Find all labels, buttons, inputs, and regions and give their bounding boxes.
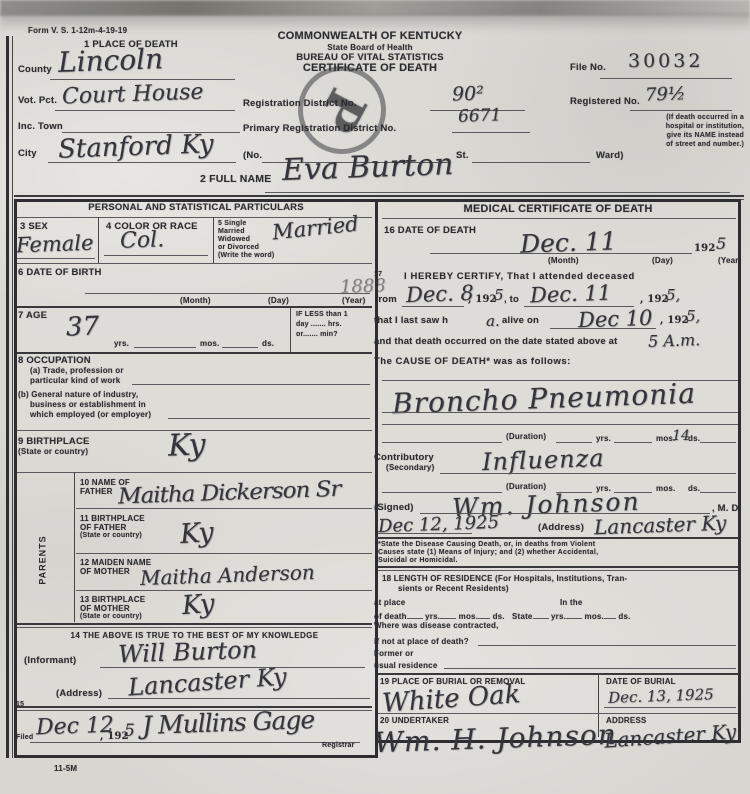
- mother-name-line: [76, 590, 372, 591]
- age-bottom-rule: [17, 352, 372, 354]
- contributory-line: [440, 473, 736, 474]
- last-saw-hw-mark: a.: [486, 312, 500, 330]
- duration1-line-c: [614, 442, 652, 443]
- birthplace-value: Ky: [167, 427, 206, 463]
- precinct-value: Court House: [62, 80, 204, 110]
- inc-town-label: Inc. Town: [18, 121, 63, 132]
- full-name-label: 2 FULL NAME: [200, 173, 271, 185]
- age-value: 37: [65, 311, 99, 342]
- st-label: St.: [456, 150, 469, 161]
- contributory-value: Influenza: [482, 444, 605, 476]
- filed-line: [30, 742, 360, 743]
- file-no-line: [600, 78, 732, 79]
- age-label: 7 AGE: [18, 310, 47, 321]
- residence-top-rule2: [378, 570, 738, 571]
- hospital-note-2: hospital or institution,: [588, 123, 744, 130]
- mother-bp-value: Ky: [181, 589, 215, 621]
- duration-label-1: (Duration): [506, 432, 546, 441]
- full-name-value: Eva Burton: [281, 147, 454, 188]
- burial-row-rule: [378, 713, 738, 714]
- dod-year-print: 192: [694, 243, 715, 254]
- dod-year-label: (Year): [718, 256, 741, 265]
- race-line: [104, 255, 208, 256]
- duration1-line-a: [382, 442, 502, 443]
- occupation-b3: which employed (or employer): [30, 410, 151, 419]
- duration1-line-b: [556, 442, 592, 443]
- age-yrs-label: yrs.: [114, 339, 129, 348]
- registrar-signature: J Mullins Gage: [142, 705, 315, 740]
- if-less-2: day ....... hrs.: [296, 321, 342, 328]
- sex-value: Female: [16, 231, 94, 258]
- residence-mos-b: mos.: [585, 612, 604, 621]
- occupation-b2: business or establishment in: [30, 400, 146, 409]
- last-saw-year-hw: 5,: [686, 307, 700, 325]
- city-line: [48, 162, 236, 163]
- medical-title-rule: [382, 218, 736, 219]
- mother-bp-sub-label: (State or country): [80, 613, 142, 620]
- father-bp-line: [76, 553, 372, 554]
- dob-label: 6 DATE OF BIRTH: [18, 267, 102, 278]
- file-no-label: File No.: [570, 62, 606, 73]
- marital-opt-5: (Write the word): [218, 252, 274, 259]
- marital-opt-2: Married: [218, 228, 245, 235]
- residence-top-rule: [378, 566, 738, 568]
- certify-from-year-print: , 192: [468, 294, 497, 305]
- sex-race-divider: [98, 217, 99, 263]
- dod-line: [430, 253, 692, 254]
- no-label: (No.: [243, 150, 262, 161]
- informant-bottom-rule: [17, 706, 372, 708]
- last-saw-year-print: , 192: [660, 315, 689, 326]
- last-saw-label: that I last saw h: [374, 315, 448, 326]
- occupation-a2: particular kind of work: [30, 376, 120, 385]
- st-line: [472, 162, 590, 163]
- certify-to-label: , to: [504, 294, 519, 305]
- footnote-1: *State the Disease Causing Death, or, in…: [378, 541, 595, 548]
- sex-row-bottom-rule: [17, 263, 372, 264]
- last-saw-line: [550, 328, 656, 329]
- filed-no: 15: [16, 701, 24, 708]
- certify-from-label: from: [375, 294, 397, 305]
- residence-state: State: [512, 612, 533, 621]
- mother-name-label-2: OF MOTHER: [80, 567, 130, 576]
- burial-date-value: Dec. 13, 1925: [608, 685, 714, 707]
- father-bp-value: Ky: [179, 517, 215, 550]
- masthead-commonwealth: COMMONWEALTH OF KENTUCKY: [250, 30, 490, 42]
- residence-ds-a: ds.: [493, 612, 505, 621]
- certify-from-date: Dec. 8: [406, 281, 475, 307]
- footnote-top-rule: [375, 537, 738, 539]
- filed-year-hw: 5: [124, 721, 135, 741]
- signed-address-label: (Address): [538, 522, 584, 533]
- reg-district-value: 90²: [452, 82, 485, 105]
- father-bp-label-2: OF FATHER: [80, 523, 127, 532]
- residence-if-not-line: [478, 645, 736, 646]
- father-bp-sub-label: (State or country): [80, 532, 142, 539]
- occupation-a-line: [132, 384, 370, 385]
- age-cell-divider: [290, 306, 291, 352]
- certify-no: 17: [374, 271, 382, 278]
- residence-former: Former or: [374, 649, 414, 658]
- masthead-board: State Board of Health: [250, 43, 490, 52]
- certify-to-date: Dec. 11: [530, 281, 612, 308]
- residence-ds-b: ds.: [618, 612, 630, 621]
- birthplace-label: 9 BIRTHPLACE: [18, 436, 90, 447]
- duration1-line-d: [700, 442, 736, 443]
- parents-bottom-rule: [17, 623, 372, 625]
- residence-yrs-a: yrs.: [425, 612, 440, 621]
- medical-title: MEDICAL CERTIFICATE OF DEATH: [381, 203, 735, 215]
- occupation-b1: (b) General nature of industry,: [18, 390, 138, 399]
- informant-value: Will Burton: [118, 636, 258, 669]
- residence-title-1: 18 LENGTH OF RESIDENCE (For Hospitals, I…: [382, 574, 627, 583]
- dob-month-label: (Month): [180, 296, 211, 305]
- city-value: Stanford Ky: [58, 129, 215, 164]
- county-label: County: [18, 64, 52, 75]
- father-name-line: [76, 508, 372, 509]
- primary-district-line: [452, 132, 530, 133]
- table-top-rule: [14, 195, 744, 197]
- hospital-note-3: give its NAME instead: [588, 132, 744, 139]
- primary-district-value: 6671: [458, 105, 502, 126]
- cause-rule-2: [382, 412, 738, 413]
- residence-if-not: if not at place of death?: [374, 637, 469, 646]
- burial-date-label: DATE OF BURIAL: [606, 677, 676, 686]
- registrar-label: Registrar: [322, 742, 355, 749]
- hospital-note-4: of street and number.): [588, 141, 744, 148]
- certify-to-year-print: , 192: [640, 294, 669, 305]
- occupation-a1: (a) Trade, profession or: [30, 366, 124, 375]
- if-less-3: or....... min?: [296, 331, 338, 338]
- residence-usual: usual residence: [374, 661, 437, 670]
- filed-label: Filed: [16, 734, 33, 741]
- duration-mos-2: mos.: [656, 484, 675, 493]
- masthead-title: CERTIFICATE OF DEATH: [250, 62, 490, 74]
- father-name-label-2: FATHER: [80, 487, 113, 496]
- parents-divider: [74, 472, 75, 622]
- registered-no-label: Registered No.: [570, 96, 640, 107]
- marital-opt-3: Widowed: [218, 236, 250, 243]
- registered-no-value: 79½: [645, 83, 686, 105]
- duration-yrs-1: yrs.: [596, 434, 611, 443]
- informant-address-label: (Address): [56, 688, 102, 699]
- dod-day-label: (Day): [652, 256, 673, 265]
- precinct-label: Vot. Pct.: [18, 95, 57, 106]
- precinct-line: [55, 110, 235, 111]
- dob-line: [85, 293, 370, 294]
- signed-label: (Signed): [374, 502, 414, 513]
- hospital-note-1: (If death occurred in a: [588, 114, 744, 121]
- death-certificate-scan: Form V. S. 1-12m-4-19-19 1 PLACE OF DEAT…: [0, 0, 750, 794]
- sex-line: [17, 258, 95, 259]
- marital-opt-1: 5 Single: [218, 220, 246, 227]
- if-less-1: IF LESS than 1: [296, 311, 348, 318]
- duration-ds-2: ds.: [688, 484, 700, 493]
- ward-label: Ward): [596, 150, 624, 161]
- race-value: Col.: [120, 227, 165, 254]
- birthplace-bottom-rule: [17, 472, 372, 473]
- residence-of-death: of death: [374, 612, 407, 621]
- father-bp-label-1: 11 BIRTHPLACE: [80, 514, 145, 523]
- residence-title-2: sients or Recent Residents): [398, 584, 509, 593]
- residence-mos-a: mos.: [459, 612, 478, 621]
- occupation-b-line: [168, 418, 370, 419]
- undertaker-signature: Wm. H. Johnson: [373, 718, 617, 759]
- dob-day-label: (Day): [268, 296, 289, 305]
- parents-label: PARENTS: [38, 535, 48, 584]
- primary-district-label: Primary Registration District No.: [243, 123, 396, 134]
- dod-label: 16 DATE OF DEATH: [384, 225, 476, 236]
- city-label: City: [18, 148, 37, 159]
- cause-rule-3: [382, 424, 738, 425]
- age-yrs-line: [134, 347, 196, 348]
- residence-usual-line: [444, 668, 736, 669]
- scan-edge-left-line2: [12, 36, 13, 758]
- marital-opt-4: or Divorced: [218, 244, 259, 251]
- registrar-stamp: P: [298, 66, 386, 154]
- footnote-2: Causes state (1) Means of Injury; and (2…: [378, 549, 598, 556]
- dod-month-label: (Month): [548, 256, 579, 265]
- residence-yrs-b: yrs.: [551, 612, 566, 621]
- signed-address-value: Lancaster Ky: [594, 511, 727, 540]
- signed-date-line: [378, 533, 472, 534]
- race-marital-divider: [213, 217, 214, 263]
- full-name-line: [265, 192, 730, 193]
- certify-from-year-hw: 5: [494, 286, 504, 304]
- county-value: Lincoln: [57, 42, 163, 79]
- certify-to-year-hw: 5,: [666, 286, 680, 304]
- dod-year-hw: 5: [716, 234, 726, 253]
- birthplace-sub-label: (State or country): [18, 447, 88, 456]
- county-line: [50, 79, 235, 80]
- contributory-label: Contributory: [374, 452, 434, 463]
- burial-top-rule: [378, 673, 738, 675]
- duration-ds-1: ds.: [688, 434, 700, 443]
- file-no-value: 30032: [628, 50, 703, 72]
- residence-at-place: at place: [374, 598, 405, 607]
- occupation-label: 8 OCCUPATION: [18, 355, 91, 366]
- residence-in-the: In the: [560, 598, 583, 607]
- from-date-line: [402, 306, 464, 307]
- sex-label: 3 SEX: [20, 221, 48, 232]
- dob-bottom-rule: [17, 306, 372, 308]
- residence-of-death-line: of death yrs. mos. ds. State yrs. mos. d…: [374, 610, 631, 621]
- personal-title: PERSONAL AND STATISTICAL PARTICULARS: [17, 202, 375, 213]
- alive-on-label: alive on: [502, 315, 539, 326]
- scan-edge-left-line: [6, 36, 9, 758]
- death-occurred-label: and that death occurred on the date stat…: [374, 336, 618, 347]
- footnote-3: Suicidal or Homicidal.: [378, 557, 458, 564]
- death-time-value: 5 A.m.: [648, 330, 701, 351]
- residence-where: Where was disease contracted,: [374, 621, 499, 630]
- secondary-label: (Secondary): [386, 463, 434, 472]
- form-code: 11-5M: [54, 764, 77, 773]
- burial-date-line: [604, 707, 736, 708]
- parents-bottom-rule2: [17, 627, 372, 628]
- age-mos-label: mos.: [200, 339, 219, 348]
- cause-of-death-label: The CAUSE OF DEATH* was as follows:: [374, 356, 571, 367]
- age-mos-line: [222, 347, 258, 348]
- registered-no-line: [630, 110, 732, 111]
- duration2-line-d: [700, 492, 736, 493]
- age-ds-label: ds.: [262, 339, 274, 348]
- reg-district-label: Registration District No.: [243, 98, 357, 109]
- mother-bp-label-2: OF MOTHER: [80, 604, 130, 613]
- informant-address-line: [108, 698, 370, 699]
- informant-label: (Informant): [24, 655, 76, 666]
- form-number: Form V. S. 1-12m-4-19-19: [28, 26, 127, 35]
- mother-bp-label-1: 13 BIRTHPLACE: [80, 595, 145, 604]
